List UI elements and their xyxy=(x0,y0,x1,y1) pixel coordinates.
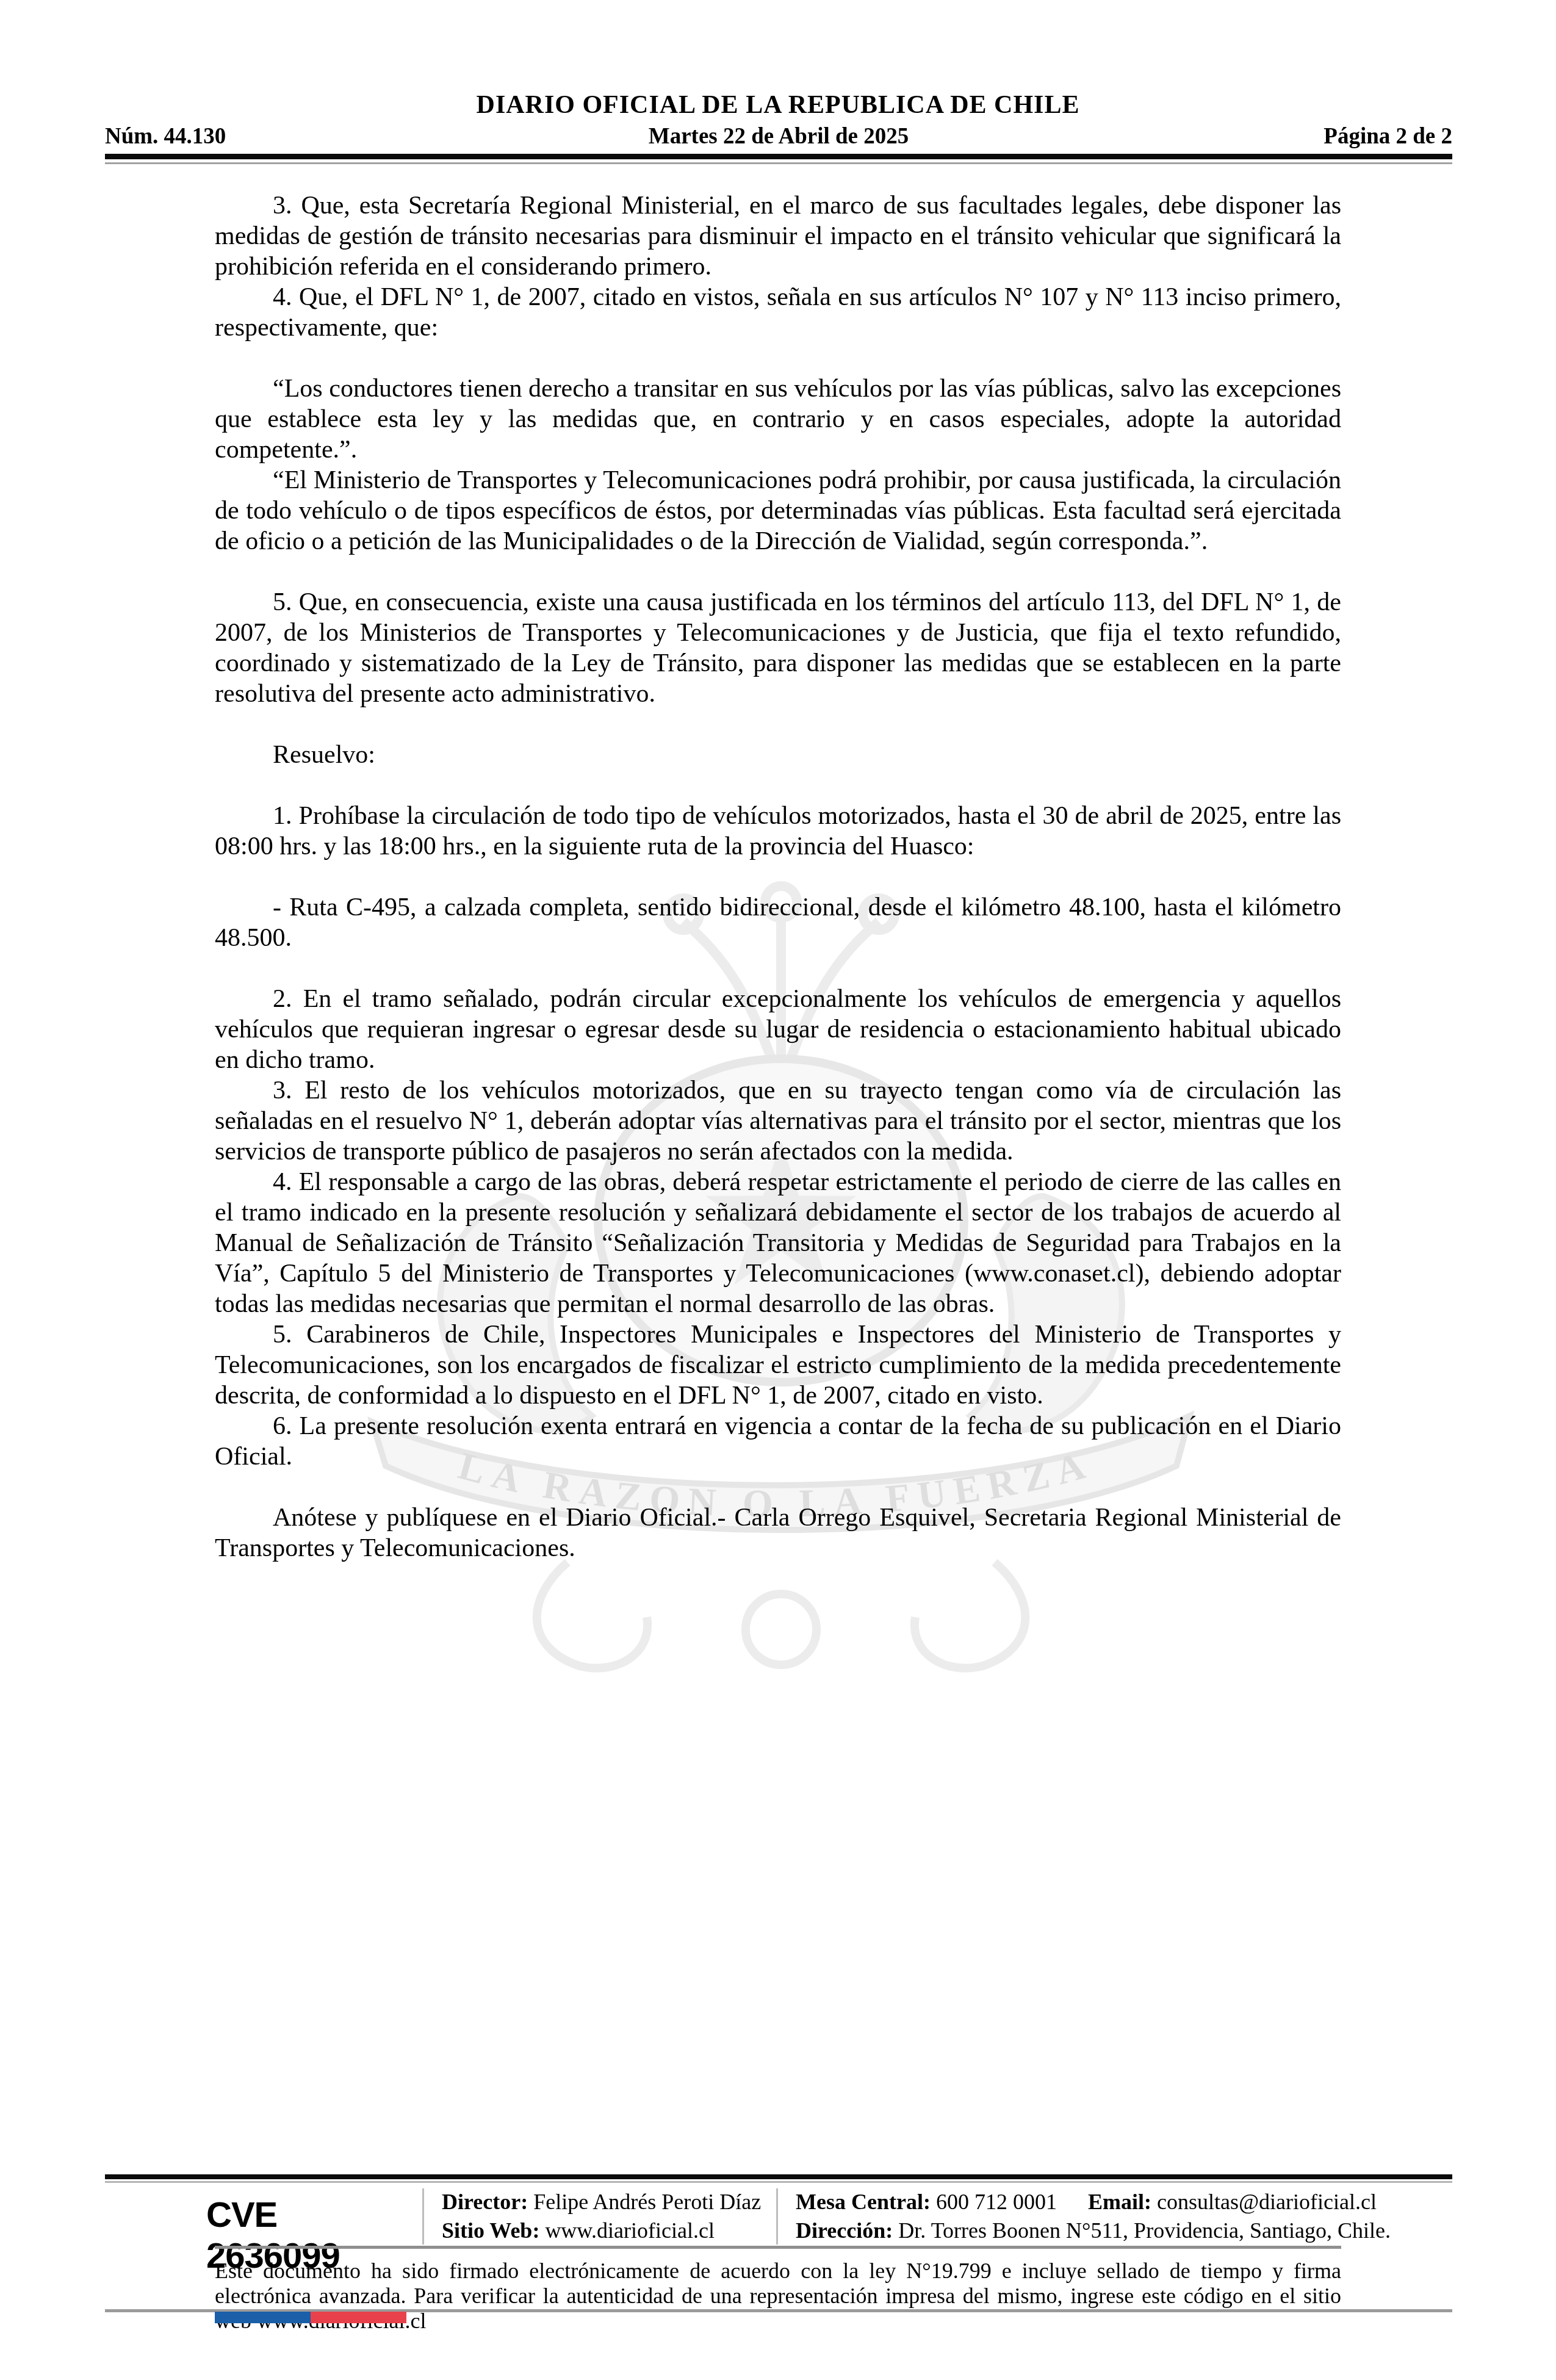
quote-articulo-113: “El Ministerio de Transportes y Telecomu… xyxy=(215,465,1341,557)
footer-top-rule-shadow xyxy=(105,2181,1452,2183)
footer-divider-2 xyxy=(776,2188,778,2245)
header-rule-shadow xyxy=(105,162,1452,164)
considerando-5: 5. Que, en consecuencia, existe una caus… xyxy=(215,587,1341,709)
closing-paragraph: Anótese y publíquese en el Diario Oficia… xyxy=(215,1502,1341,1563)
mesa-central-number: 600 712 0001 xyxy=(936,2190,1057,2214)
header-rule xyxy=(105,154,1452,159)
document-page: DIARIO OFICIAL DE LA REPUBLICA DE CHILE … xyxy=(0,0,1556,2380)
footer-contact-block: Mesa Central: 600 712 0001 Email: consul… xyxy=(796,2188,1391,2245)
resuelvo-5: 5. Carabineros de Chile, Inspectores Mun… xyxy=(215,1319,1341,1411)
resuelvo-3: 3. El resto de los vehículos motorizados… xyxy=(215,1075,1341,1167)
footer-mid-rule xyxy=(215,2246,1341,2249)
email-label: Email: xyxy=(1088,2190,1151,2214)
resuelvo-6: 6. La presente resolución exenta entrará… xyxy=(215,1411,1341,1472)
resolution-text: 3. Que, esta Secretaría Regional Ministe… xyxy=(215,190,1341,1563)
flag-blue-segment xyxy=(215,2312,311,2323)
address-value: Dr. Torres Boonen N°511, Providencia, Sa… xyxy=(898,2218,1391,2243)
director-label: Director: xyxy=(442,2190,528,2214)
director-line: Director: Felipe Andrés Peroti Díaz xyxy=(442,2188,761,2216)
phone-email-line: Mesa Central: 600 712 0001 Email: consul… xyxy=(796,2188,1391,2216)
considerando-3: 3. Que, esta Secretaría Regional Ministe… xyxy=(215,190,1341,282)
resuelvo-2: 2. En el tramo señalado, podrán circular… xyxy=(215,984,1341,1075)
page-title: DIARIO OFICIAL DE LA REPUBLICA DE CHILE xyxy=(0,90,1556,120)
resuelvo-1: 1. Prohíbase la circulación de todo tipo… xyxy=(215,801,1341,862)
resuelvo-heading: Resuelvo: xyxy=(215,740,1341,770)
chile-flag-mark xyxy=(215,2312,406,2323)
email-address: consultas@diarioficial.cl xyxy=(1157,2190,1377,2214)
address-line: Dirección: Dr. Torres Boonen N°511, Prov… xyxy=(796,2216,1391,2245)
site-line: Sitio Web: www.diarioficial.cl xyxy=(442,2216,761,2245)
flag-red-segment xyxy=(311,2312,406,2323)
footer-director-block: Director: Felipe Andrés Peroti Díaz Siti… xyxy=(442,2188,761,2245)
quote-articulo-107: “Los conductores tienen derecho a transi… xyxy=(215,373,1341,465)
page-indicator: Página 2 de 2 xyxy=(1324,123,1452,150)
header-meta-row: Núm. 44.130 Martes 22 de Abril de 2025 P… xyxy=(105,123,1452,154)
considerando-4: 4. Que, el DFL N° 1, de 2007, citado en … xyxy=(215,282,1341,343)
footer-divider-1 xyxy=(422,2188,424,2245)
mesa-central-label: Mesa Central: xyxy=(796,2190,931,2214)
resuelvo-4: 4. El responsable a cargo de las obras, … xyxy=(215,1167,1341,1319)
site-url: www.diarioficial.cl xyxy=(545,2218,715,2243)
address-label: Dirección: xyxy=(796,2218,893,2243)
issue-date: Martes 22 de Abril de 2025 xyxy=(105,123,1452,150)
footer-top-rule xyxy=(105,2174,1452,2179)
director-name: Felipe Andrés Peroti Díaz xyxy=(533,2190,761,2214)
ruta-item: - Ruta C-495, a calzada completa, sentid… xyxy=(215,892,1341,953)
site-label: Sitio Web: xyxy=(442,2218,539,2243)
